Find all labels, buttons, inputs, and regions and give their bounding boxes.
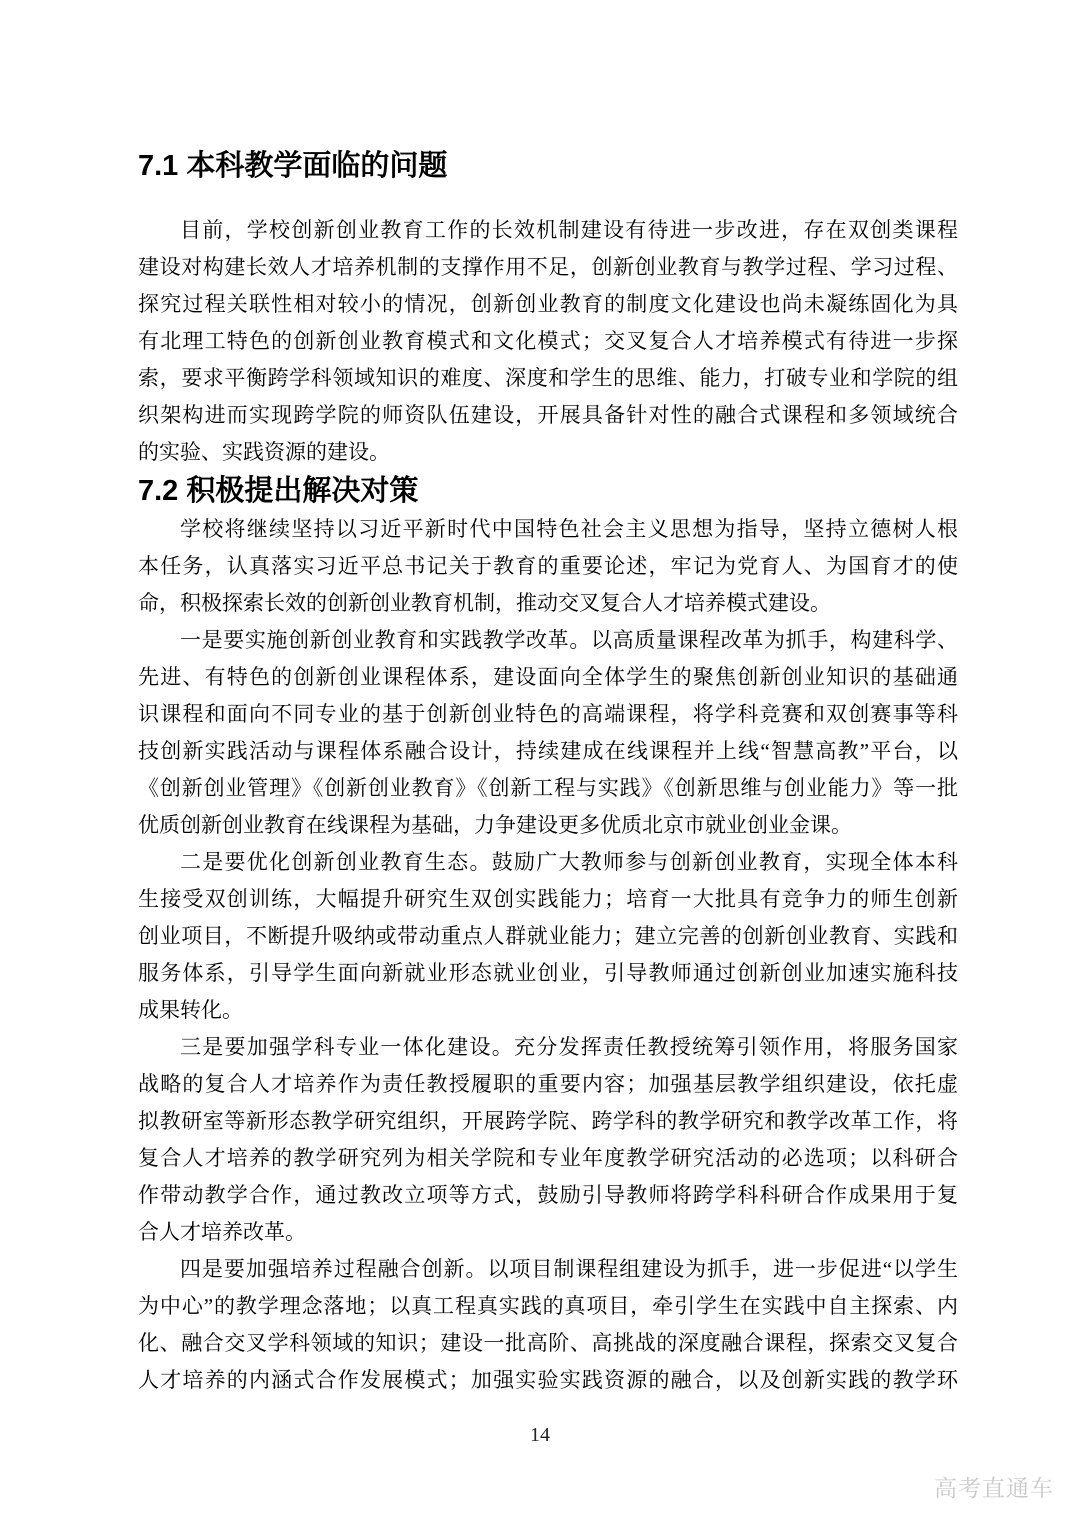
section-7-2-paragraph-1: 学校将继续坚持以习近平新时代中国特色社会主义思想为指导，坚持立德树人根 本任务，… [138,511,958,622]
text-line: 《创新创业管理》《创新创业教育》《创新工程与实践》《创新思维与创业能力》等一批 [138,770,958,807]
text-line: 先进、有特色的创新创业课程体系，建设面向全体学生的聚焦创新创业知识的基础通 [138,659,958,696]
text-line: 学校将继续坚持以习近平新时代中国特色社会主义思想为指导，坚持立德树人根 [138,511,958,548]
text-line: 四是要加强培养过程融合创新。以项目制课程组建设为抓手，进一步促进“以学生 [138,1251,958,1288]
section-7-2-paragraph-5: 四是要加强培养过程融合创新。以项目制课程组建设为抓手，进一步促进“以学生 为中心… [138,1251,958,1399]
text-line: 本任务，认真落实习近平总书记关于教育的重要论述，牢记为党育人、为国育才的使 [138,548,958,585]
text-line: 一是要实施创新创业教育和实践教学改革。以高质量课程改革为抓手，构建科学、 [138,622,958,659]
text-line: 识课程和面向不同专业的基于创新创业特色的高端课程，将学科竞赛和双创赛事等科 [138,696,958,733]
text-line: 成果转化。 [138,992,958,1029]
text-line: 服务体系，引导学生面向新就业形态就业创业，引导教师通过创新创业加速实施科技 [138,955,958,992]
watermark: 高考直通车 [934,1470,1054,1503]
text-line: 织架构进而实现跨学院的师资队伍建设，开展具备针对性的融合式课程和多领域统合 [138,397,958,434]
text-line: 优质创新创业教育在线课程为基础，力争建设更多优质北京市就业创业金课。 [138,807,958,844]
page-number: 14 [0,1424,1080,1447]
text-line: 目前，学校创新创业教育工作的长效机制建设有待进一步改进，存在双创类课程 [138,212,958,249]
section-7-2-paragraph-3: 二是要优化创新创业教育生态。鼓励广大教师参与创新创业教育，实现全体本科 生接受双… [138,844,958,1029]
text-line: 二是要优化创新创业教育生态。鼓励广大教师参与创新创业教育，实现全体本科 [138,844,958,881]
text-line: 探究过程关联性相对较小的情况，创新创业教育的制度文化建设也尚未凝练固化为具 [138,286,958,323]
text-line: 创业项目，不断提升吸纳或带动重点人群就业能力；建立完善的创新创业教育、实践和 [138,918,958,955]
text-line: 的实验、实践资源的建设。 [138,434,958,471]
document-page: 7.1 本科教学面临的问题 目前，学校创新创业教育工作的长效机制建设有待进一步改… [0,0,1080,1527]
text-line: 命，积极探索长效的创新创业教育机制，推动交叉复合人才培养模式建设。 [138,585,958,622]
section-7-2-paragraph-2: 一是要实施创新创业教育和实践教学改革。以高质量课程改革为抓手，构建科学、 先进、… [138,622,958,844]
section-7-1-paragraph: 目前，学校创新创业教育工作的长效机制建设有待进一步改进，存在双创类课程 建设对构… [138,212,958,471]
text-line: 人才培养的内涵式合作发展模式；加强实验实践资源的融合，以及创新实践的教学环 [138,1362,958,1399]
section-7-2-paragraph-4: 三是要加强学科专业一体化建设。充分发挥责任教授统筹引领作用，将服务国家 战略的复… [138,1029,958,1251]
text-line: 索，要求平衡跨学科领域知识的难度、深度和学生的思维、能力，打破专业和学院的组 [138,360,958,397]
section-7-1-heading: 7.1 本科教学面临的问题 [138,146,958,186]
text-line: 建设对构建长效人才培养机制的支撑作用不足，创新创业教育与教学过程、学习过程、 [138,249,958,286]
text-line: 为中心”的教学理念落地；以真工程真实践的真项目，牵引学生在实践中自主探索、内 [138,1288,958,1325]
text-line: 技创新实践活动与课程体系融合设计，持续建成在线课程并上线“智慧高教”平台，以 [138,733,958,770]
text-line: 拟教研室等新形态教学研究组织，开展跨学院、跨学科的教学研究和教学改革工作，将 [138,1103,958,1140]
text-line: 生接受双创训练，大幅提升研究生双创实践能力；培育一大批具有竞争力的师生创新 [138,881,958,918]
text-line: 作带动教学合作，通过教改立项等方式，鼓励引导教师将跨学科科研合作成果用于复 [138,1177,958,1214]
text-line: 化、融合交叉学科领域的知识；建设一批高阶、高挑战的深度融合课程，探索交叉复合 [138,1325,958,1362]
text-line: 有北理工特色的创新创业教育模式和文化模式；交叉复合人才培养模式有待进一步探 [138,323,958,360]
text-line: 战略的复合人才培养作为责任教授履职的重要内容；加强基层教学组织建设，依托虚 [138,1066,958,1103]
text-line: 合人才培养改革。 [138,1214,958,1251]
document-content: 7.1 本科教学面临的问题 目前，学校创新创业教育工作的长效机制建设有待进一步改… [138,146,958,1399]
text-line: 三是要加强学科专业一体化建设。充分发挥责任教授统筹引领作用，将服务国家 [138,1029,958,1066]
text-line: 复合人才培养的教学研究列为相关学院和专业年度教学研究活动的必选项；以科研合 [138,1140,958,1177]
section-7-2-heading: 7.2 积极提出解决对策 [138,471,958,511]
